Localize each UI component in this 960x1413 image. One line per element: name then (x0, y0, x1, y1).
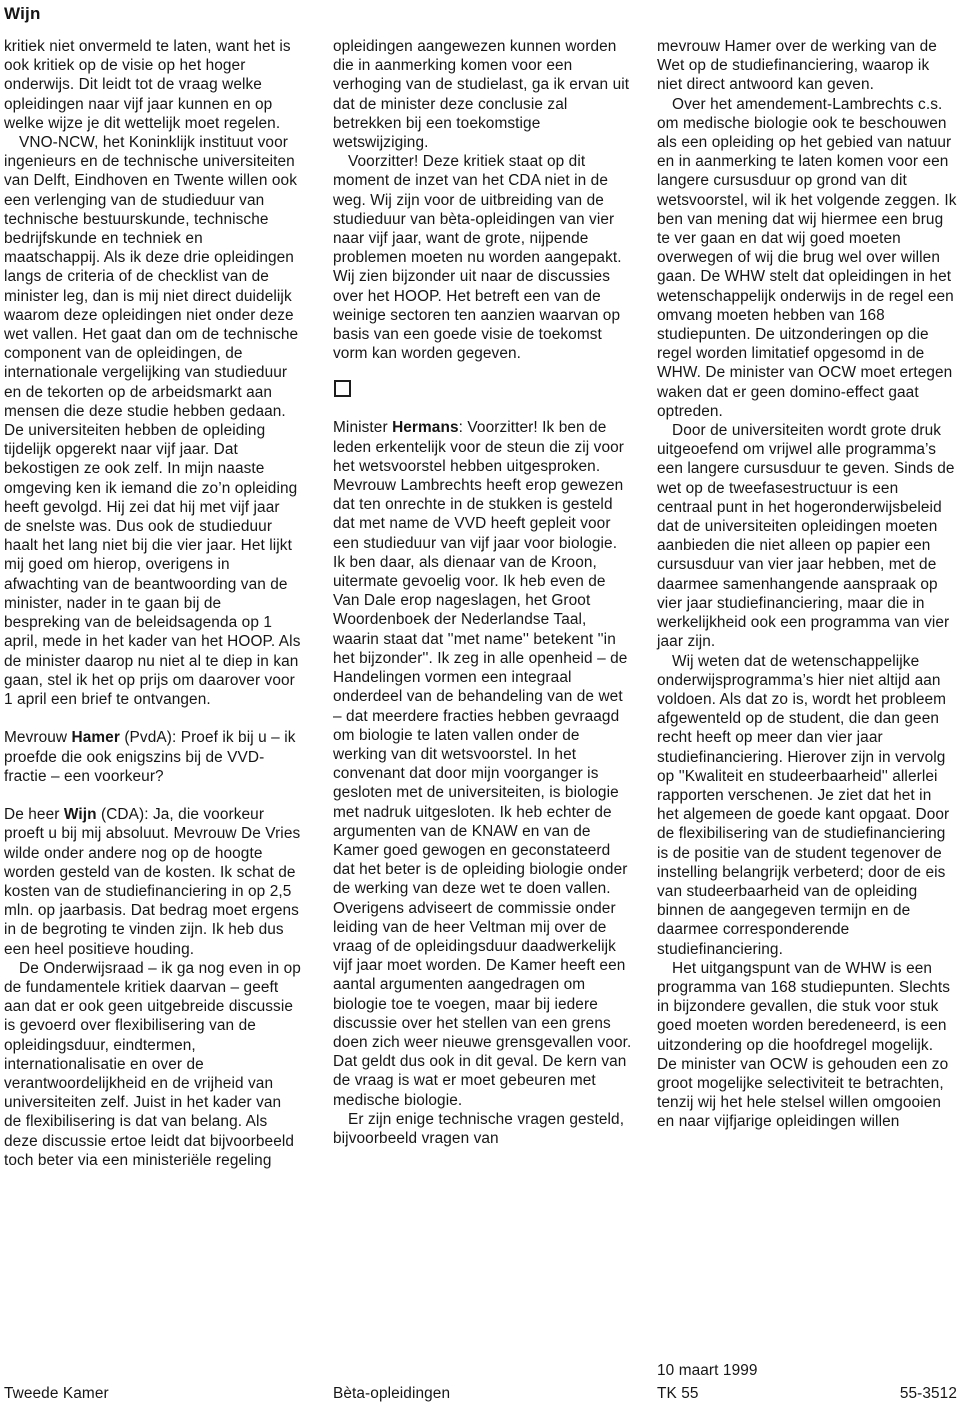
paragraph: Voorzitter! Deze kritiek staat op dit mo… (333, 152, 632, 363)
paragraph: kritiek niet onvermeld te laten, want he… (4, 37, 301, 133)
paragraph-text: Over het amendement-Lambrechts c.s. om m… (657, 96, 957, 420)
paragraph: De Onderwijsraad – ik ga nog even in op … (4, 959, 301, 1170)
paragraph: VNO-NCW, het Koninklijk instituut voor i… (4, 133, 301, 709)
paragraph: Het uitgangspunt van de WHW is een progr… (657, 959, 957, 1132)
footer-date: 10 maart 1999 (657, 1361, 758, 1380)
paragraph-text: VNO-NCW, het Koninklijk instituut voor i… (4, 134, 301, 708)
speech-paragraph: De heer Wijn (CDA): Ja, die voorkeur pro… (4, 805, 301, 959)
paragraph: Door de universiteiten wordt grote druk … (657, 421, 957, 651)
paragraph: Over het amendement-Lambrechts c.s. om m… (657, 95, 957, 421)
paragraph-text: (CDA): Ja, die voorkeur proeft u bij mij… (4, 806, 300, 957)
paragraph-text: Minister (333, 419, 392, 436)
speech-paragraph: Minister Hermans: Voorzitter! Ik ben de … (333, 418, 632, 1109)
text-column-middle: opleidingen aangewezen kunnen worden die… (333, 37, 632, 1148)
speaker-name: Wijn (64, 806, 97, 823)
paragraph-text: De heer (4, 806, 64, 823)
paragraph: mevrouw Hamer over de werking van de Wet… (657, 37, 957, 95)
paragraph-text: Het uitgangspunt van de WHW is een progr… (657, 960, 950, 1131)
paragraph-text: Er zijn enige technische vragen gesteld,… (333, 1111, 624, 1147)
paragraph-text: : Voorzitter! Ik ben de leden erkentelij… (333, 419, 631, 1108)
footer-chamber: Tweede Kamer (4, 1384, 109, 1403)
paragraph-text: Voorzitter! Deze kritiek staat op dit mo… (333, 153, 622, 362)
paragraph-text: Wij weten dat de wetenschappelijke onder… (657, 653, 949, 958)
paragraph-text: kritiek niet onvermeld te laten, want he… (4, 38, 291, 132)
paragraph-text: opleidingen aangewezen kunnen worden die… (333, 38, 629, 151)
speaker-name: Hermans (392, 419, 459, 436)
running-header-speaker: Wijn (4, 4, 41, 24)
text-column-right: mevrouw Hamer over de werking van de Wet… (657, 37, 957, 1132)
speaker-name: Hamer (72, 729, 120, 746)
footer-topic: Bèta-opleidingen (333, 1384, 450, 1403)
footer-page-number: 55-3512 (900, 1384, 957, 1403)
paragraph: Wij weten dat de wetenschappelijke onder… (657, 652, 957, 959)
section-divider-square (334, 380, 351, 397)
speech-paragraph: Mevrouw Hamer (PvdA): Proef ik bij u – i… (4, 728, 301, 786)
paragraph: opleidingen aangewezen kunnen worden die… (333, 37, 632, 152)
text-column-left: kritiek niet onvermeld te laten, want he… (4, 37, 301, 1170)
paragraph-text: mevrouw Hamer over de werking van de Wet… (657, 38, 937, 93)
paragraph-text: Door de universiteiten wordt grote druk … (657, 422, 955, 650)
paragraph: Er zijn enige technische vragen gesteld,… (333, 1110, 632, 1148)
paragraph-text: De Onderwijsraad – ik ga nog even in op … (4, 960, 301, 1169)
paragraph-text: Mevrouw (4, 729, 72, 746)
footer-session: TK 55 (657, 1384, 699, 1403)
document-page: Wijn kritiek niet onvermeld te laten, wa… (0, 0, 960, 1413)
